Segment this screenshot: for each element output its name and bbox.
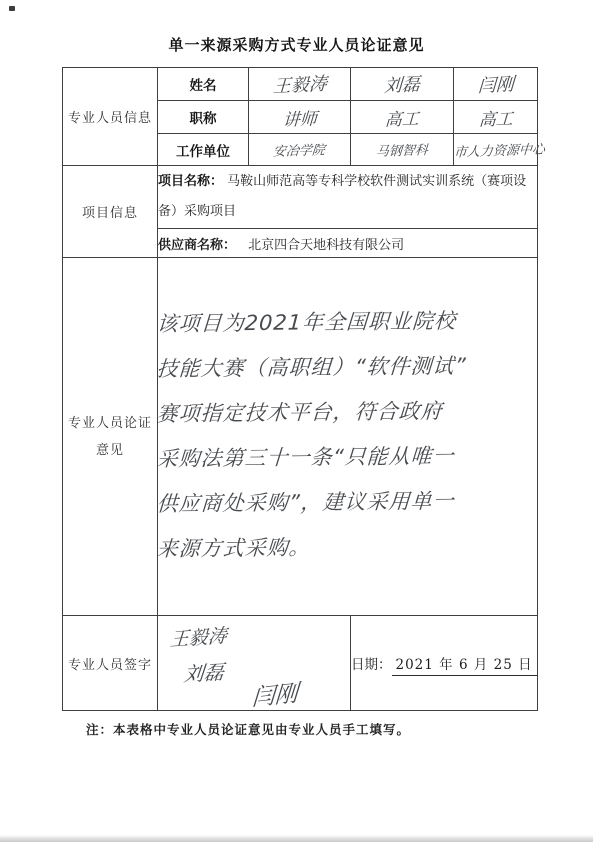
handwritten-title-cell-2: 高工 [351, 101, 454, 134]
handwritten-unit-3: 市人力资源中心 [453, 138, 545, 160]
handwritten-title-cell-3: 高工 [454, 101, 538, 134]
opinion-line-1: 该项目为2021年全国职业院校 [155, 298, 537, 347]
handwritten-title-3: 高工 [478, 104, 513, 130]
handwritten-name-2: 刘磊 [383, 70, 420, 98]
opinion-handwritten-cell: 该项目为2021年全国职业院校 技能大赛（高职组）“软件测试” 赛项指定技术平台… [158, 258, 538, 616]
supplier-label: 供应商名称： [158, 238, 236, 253]
handwritten-unit-cell-2: 马钢智科 [351, 134, 454, 166]
handwritten-signature-2: 刘磊 [183, 655, 225, 686]
scan-speck [9, 6, 15, 11]
handwritten-title-2: 高工 [384, 104, 419, 130]
document-title: 单一来源采购方式专业人员论证意见 [0, 34, 593, 55]
supplier-value: 北京四合天地科技有限公司 [248, 238, 404, 253]
supplier-cell: 供应商名称： 北京四合天地科技有限公司 [158, 229, 538, 258]
opinion-label-line1: 专业人员论证 [63, 417, 157, 430]
row-label-personnel-info: 专业人员信息 [63, 68, 158, 166]
handwritten-unit-1: 安冶学院 [273, 139, 326, 160]
footnote: 注：本表格中专业人员论证意见由专业人员手工填写。 [86, 720, 410, 738]
field-label-work-unit: 工作单位 [158, 134, 249, 166]
opinion-line-2: 技能大赛（高职组）“软件测试” [155, 343, 537, 392]
date-cell: 日期：2021 年 6 月 25 日 [351, 616, 538, 711]
opinion-form-table: 专业人员信息 姓名 王毅涛 刘磊 闫刚 职称 讲师 高工 [62, 67, 538, 711]
date-label: 日期： [351, 657, 392, 673]
signature-cell: 王毅涛 刘磊 闫刚 [158, 616, 351, 711]
handwritten-title-cell-1: 讲师 [249, 101, 351, 134]
handwritten-unit-cell-3: 市人力资源中心 [454, 134, 538, 166]
project-name-cell: 项目名称： 马鞍山师范高等专科学校软件测试实训系统（赛项设备）采购项目 [158, 166, 538, 229]
handwritten-name-cell-1: 王毅涛 [249, 68, 351, 101]
row-label-signature: 专业人员签字 [63, 616, 158, 711]
opinion-label-line2: 意见 [63, 444, 157, 457]
date-value: 2021 年 6 月 25 日 [392, 657, 537, 676]
opinion-line-6: 来源方式采购。 [155, 523, 537, 572]
handwritten-signature-3: 闫刚 [251, 674, 299, 712]
handwritten-name-3: 闫刚 [477, 70, 514, 98]
handwritten-name-1: 王毅涛 [272, 70, 327, 99]
opinion-line-5: 供应商处采购”，建议采用单一 [155, 478, 537, 527]
field-label-name: 姓名 [158, 68, 249, 101]
opinion-line-4: 采购法第三十一条“只能从唯一 [155, 433, 537, 482]
handwritten-title-1: 讲师 [282, 104, 317, 130]
handwritten-unit-2: 马钢智科 [375, 139, 428, 160]
opinion-line-3: 赛项指定技术平台，符合政府 [155, 388, 537, 437]
field-label-title: 职称 [158, 101, 249, 134]
project-name-label: 项目名称： [158, 174, 223, 189]
handwritten-unit-cell-1: 安冶学院 [249, 134, 351, 166]
scan-bottom-edge [0, 835, 593, 842]
handwritten-name-cell-3: 闫刚 [454, 68, 538, 101]
handwritten-signature-1: 王毅涛 [169, 620, 228, 651]
row-label-opinion: 专业人员论证 意见 [63, 258, 158, 616]
document-page: 单一来源采购方式专业人员论证意见 专业人员信息 姓名 王毅涛 刘磊 闫刚 职 [0, 0, 593, 842]
handwritten-name-cell-2: 刘磊 [351, 68, 454, 101]
row-label-project-info: 项目信息 [63, 166, 158, 258]
